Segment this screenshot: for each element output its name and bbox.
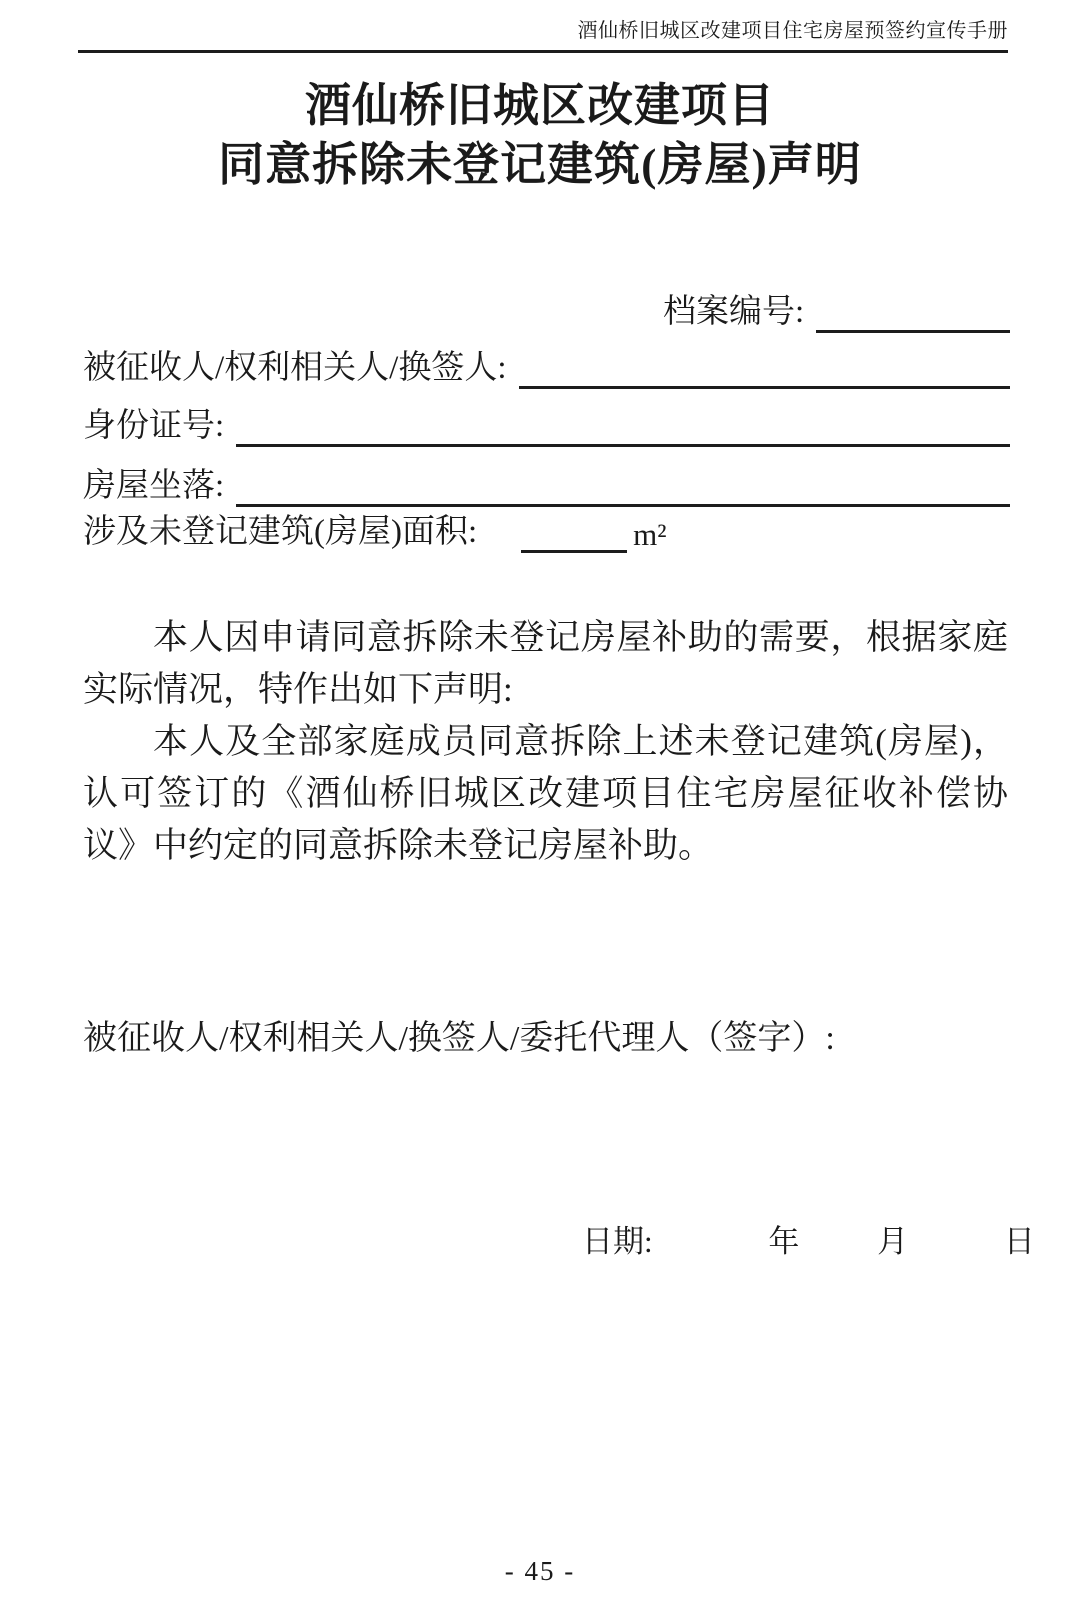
document-title: 酒仙桥旧城区改建项目 同意拆除未登记建筑(房屋)声明 xyxy=(0,76,1080,194)
id-number-blank xyxy=(236,407,1010,447)
document-title-line2: 同意拆除未登记建筑(房屋)声明 xyxy=(218,139,862,190)
document-title-line1: 酒仙桥旧城区改建项目 xyxy=(305,80,775,131)
file-number-row: 档案编号: xyxy=(663,293,1010,333)
house-location-row: 房屋坐落: xyxy=(83,467,1010,507)
unregistered-area-label: 涉及未登记建筑(房屋)面积: xyxy=(83,513,477,553)
person-blank xyxy=(519,349,1010,389)
file-number-label: 档案编号: xyxy=(663,293,804,333)
page-number: - 45 - xyxy=(0,1556,1080,1587)
file-number-blank xyxy=(816,293,1010,333)
date-month-label: 月 xyxy=(877,1224,908,1259)
square-meter-unit: m² xyxy=(633,516,666,553)
date-label: 日期: xyxy=(582,1224,653,1259)
house-location-blank xyxy=(236,467,1010,507)
signature-line: 被征收人/权利相关人/换签人/委托代理人（签字）: xyxy=(83,1010,835,1059)
declaration-body: 本人因申请同意拆除未登记房屋补助的需要，根据家庭实际情况，特作出如下声明: 本人… xyxy=(83,612,1008,872)
declaration-paragraph-1: 本人因申请同意拆除未登记房屋补助的需要，根据家庭实际情况，特作出如下声明: xyxy=(83,612,1008,716)
id-number-label: 身份证号: xyxy=(83,407,224,447)
date-year-label: 年 xyxy=(768,1224,799,1259)
unregistered-area-blank xyxy=(521,513,627,553)
date-day-label: 日 xyxy=(1004,1224,1035,1259)
document-page: 酒仙桥旧城区改建项目住宅房屋预签约宣传手册 酒仙桥旧城区改建项目 同意拆除未登记… xyxy=(0,0,1080,1605)
person-label: 被征收人/权利相关人/换签人: xyxy=(83,349,507,389)
booklet-title: 酒仙桥旧城区改建项目住宅房屋预签约宣传手册 xyxy=(578,20,1009,42)
declaration-paragraph-2: 本人及全部家庭成员同意拆除上述未登记建筑(房屋)，认可签订的《酒仙桥旧城区改建项… xyxy=(83,716,1008,872)
house-location-label: 房屋坐落: xyxy=(83,467,224,507)
unregistered-area-row: 涉及未登记建筑(房屋)面积: m² xyxy=(83,513,667,553)
page-number-text: - 45 - xyxy=(505,1556,575,1586)
person-row: 被征收人/权利相关人/换签人: xyxy=(83,349,1010,389)
date-line: 日期: 年 月 日 xyxy=(582,1216,1035,1261)
id-number-row: 身份证号: xyxy=(83,407,1010,447)
signature-label: 被征收人/权利相关人/换签人/委托代理人（签字）: xyxy=(83,1020,835,1057)
running-header: 酒仙桥旧城区改建项目住宅房屋预签约宣传手册 xyxy=(78,14,1008,53)
